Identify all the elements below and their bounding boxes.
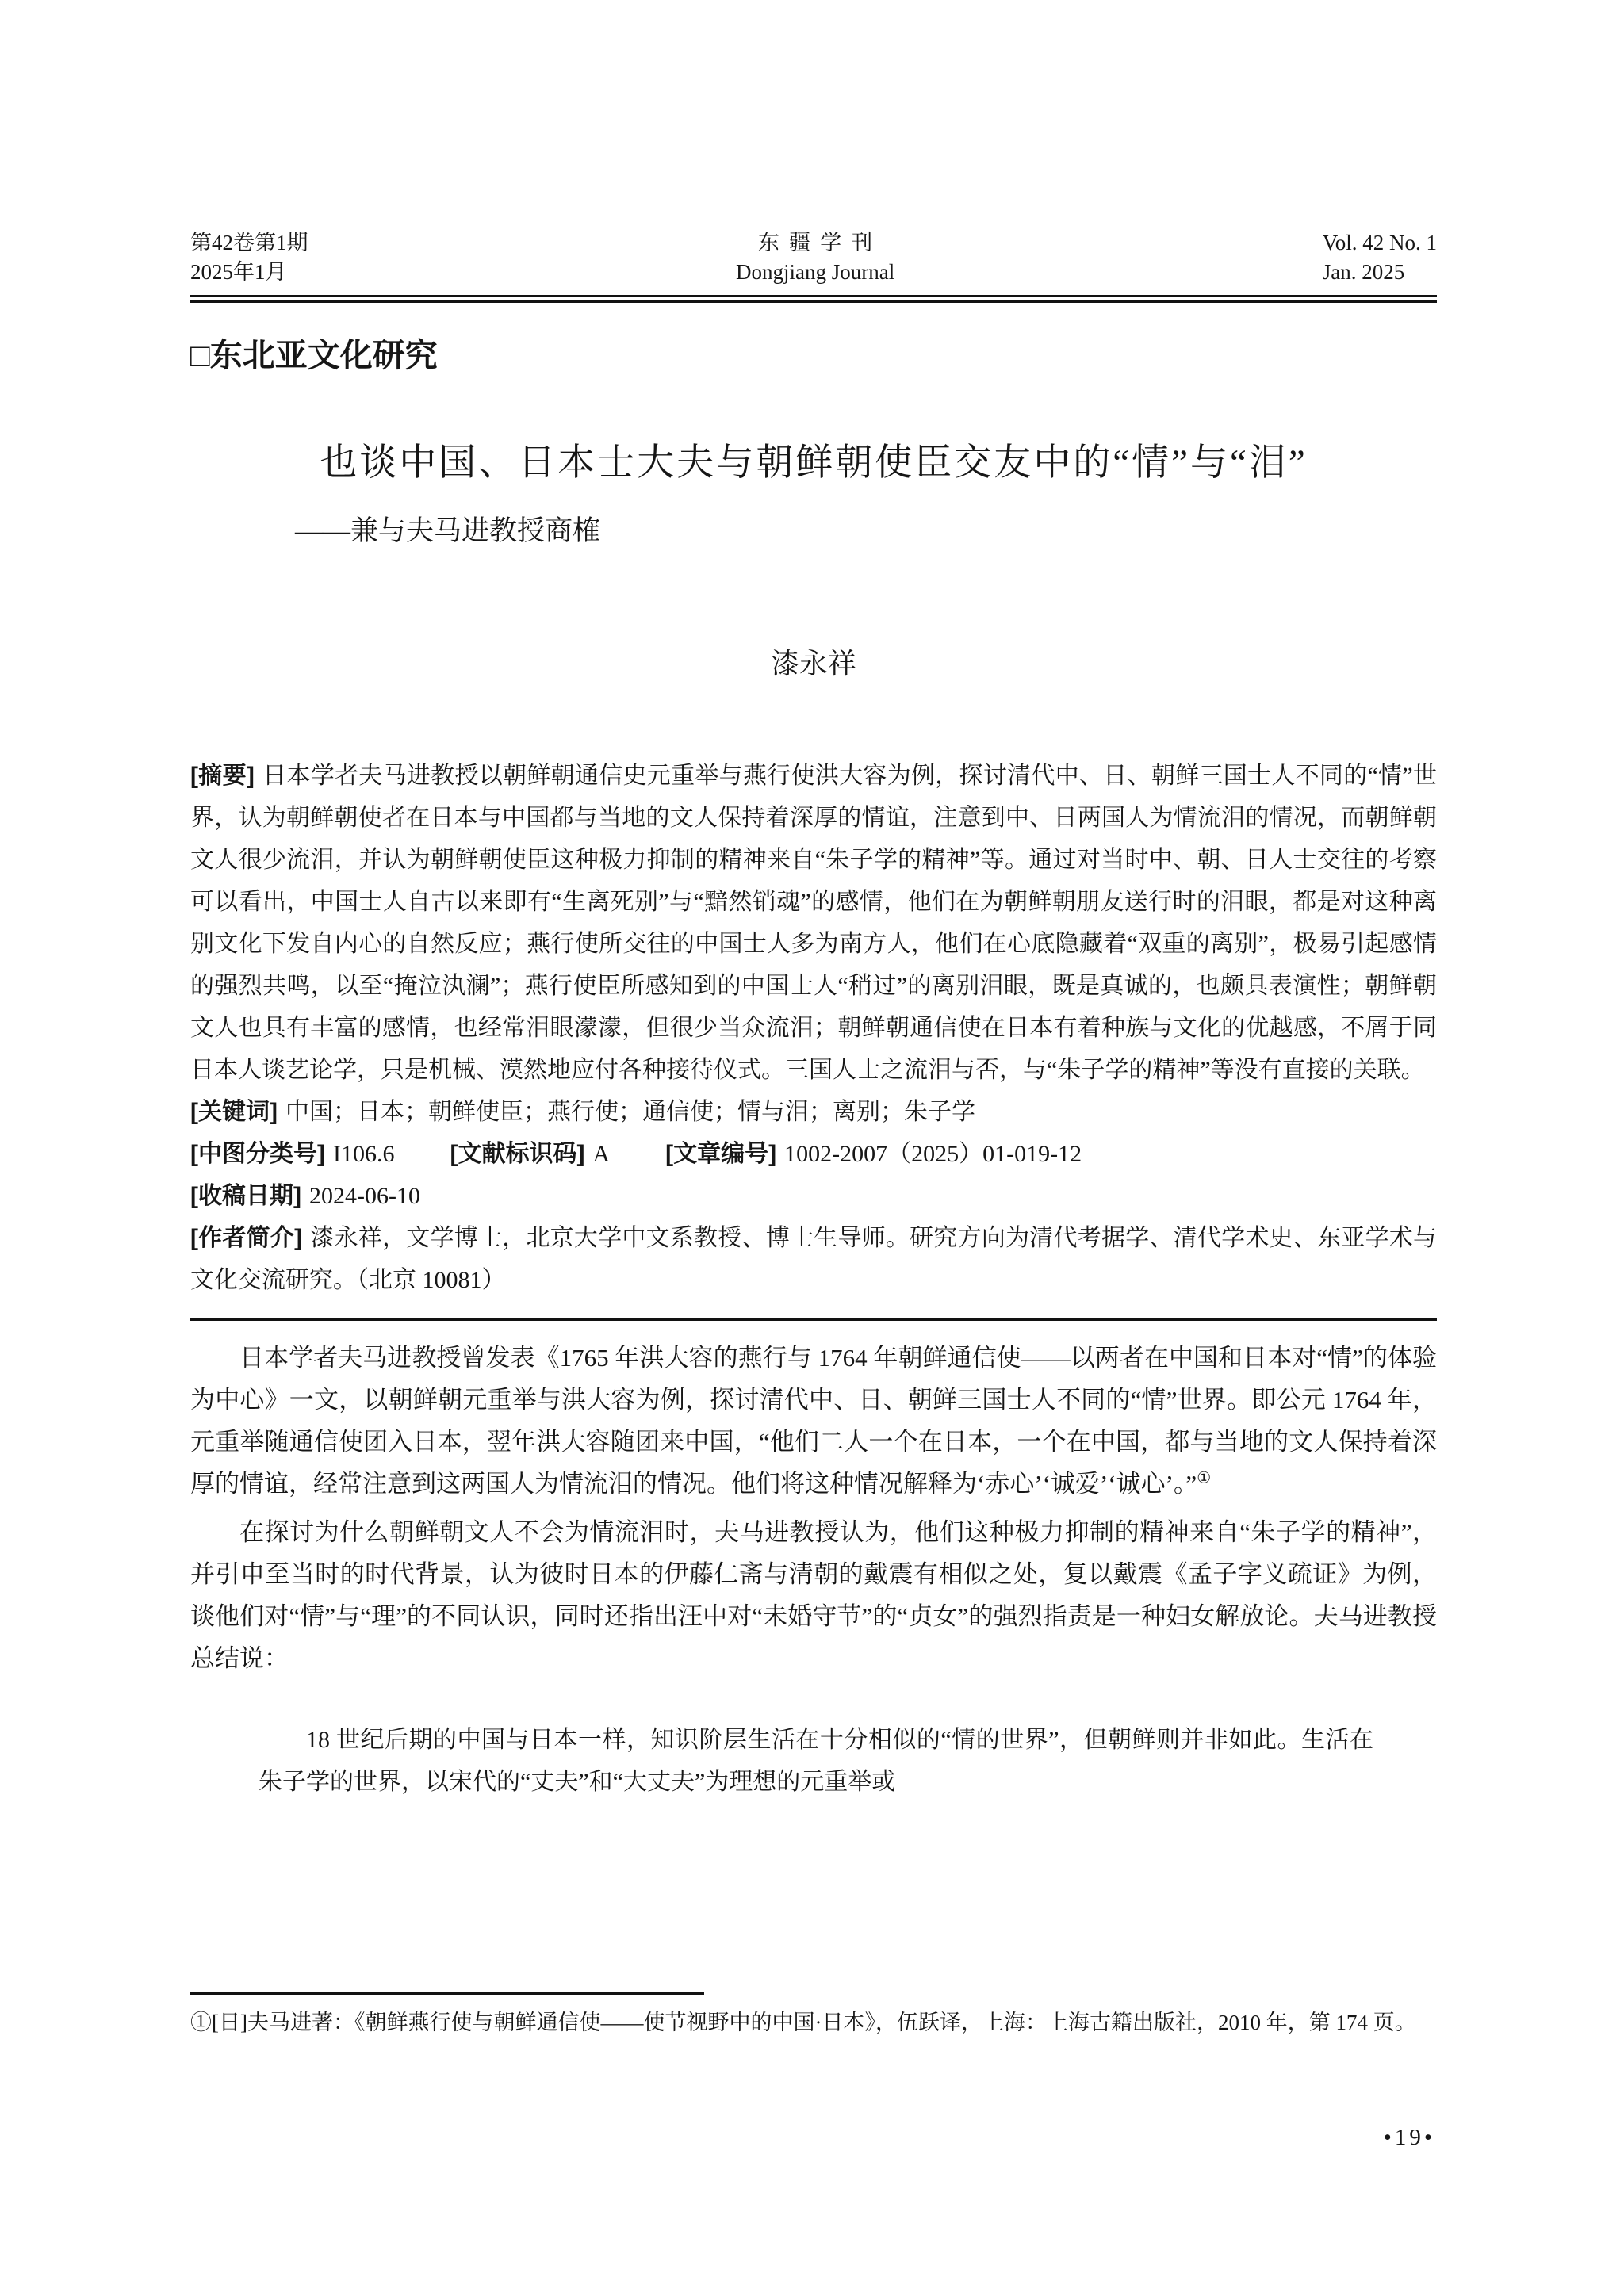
bio-label: [作者简介]	[190, 1225, 302, 1251]
issue-date-cn: 2025年1月	[190, 258, 308, 287]
keywords-label: [关键词]	[190, 1099, 278, 1125]
journal-page: 第42卷第1期 2025年1月 东疆学刊 Dongjiang Journal V…	[0, 0, 1624, 2296]
journal-title-cn: 东疆学刊	[736, 228, 894, 258]
article-id-value: 1002-2007（2025）01-019-12	[784, 1141, 1082, 1167]
journal-header: 第42卷第1期 2025年1月 东疆学刊 Dongjiang Journal V…	[190, 228, 1437, 287]
journal-title-en: Dongjiang Journal	[736, 258, 894, 287]
article-id-label: [文章编号]	[665, 1141, 776, 1167]
bio-text: 漆永祥，文学博士，北京大学中文系教授、博士生导师。研究方向为清代考据学、清代学术…	[190, 1225, 1437, 1293]
header-rule-bottom	[190, 300, 1437, 303]
block-quote: 18 世纪后期的中国与日本一样，知识阶层生活在十分相似的“情的世界”，但朝鲜则并…	[259, 1719, 1373, 1803]
article-id-pair: [文章编号]1002-2007（2025）01-019-12	[665, 1141, 1082, 1167]
keywords-text: 中国；日本；朝鲜使臣；燕行使；通信使；情与泪；离别；朱子学	[285, 1099, 975, 1125]
keywords-line: [关键词]中国；日本；朝鲜使臣；燕行使；通信使；情与泪；离别；朱子学	[190, 1091, 1437, 1133]
doc-code-value: A	[592, 1141, 610, 1167]
abstract-paragraph: [摘要]日本学者夫马进教授以朝鲜朝通信史元重举与燕行使洪大容为例，探讨清代中、日…	[190, 755, 1437, 1091]
body-paragraph-1: 日本学者夫马进教授曾发表《1765 年洪大容的燕行与 1764 年朝鲜通信使——…	[190, 1337, 1437, 1505]
received-line: [收稿日期]2024-06-10	[190, 1175, 1437, 1217]
clc-label: [中图分类号]	[190, 1141, 325, 1167]
meta-body-divider	[190, 1318, 1437, 1321]
received-label: [收稿日期]	[190, 1183, 301, 1209]
clc-value: I106.6	[333, 1141, 395, 1167]
header-issue-info: 第42卷第1期 2025年1月	[190, 228, 308, 287]
classification-line: [中图分类号]I106.6[文献标识码]A[文章编号]1002-2007（202…	[190, 1133, 1437, 1175]
body-paragraph-1-text: 日本学者夫马进教授曾发表《1765 年洪大容的燕行与 1764 年朝鲜通信使——…	[190, 1344, 1437, 1498]
journal-title-block: 东疆学刊 Dongjiang Journal	[736, 228, 894, 287]
article-author: 漆永祥	[190, 644, 1437, 683]
header-volume-en: Vol. 42 No. 1 Jan. 2025	[1323, 228, 1437, 287]
article-title: 也谈中国、日本士大夫与朝鲜朝使臣交友中的“情”与“泪”	[190, 438, 1437, 488]
header-rule	[190, 295, 1437, 303]
article-subtitle: ——兼与夫马进教授商榷	[190, 512, 1437, 550]
footnote-ref-1: ①	[1197, 1470, 1211, 1487]
abstract-label: [摘要]	[190, 763, 255, 789]
volume-issue: 第42卷第1期	[190, 228, 308, 258]
volume-issue-en: Vol. 42 No. 1	[1323, 228, 1437, 258]
article-meta: [摘要]日本学者夫马进教授以朝鲜朝通信史元重举与燕行使洪大容为例，探讨清代中、日…	[190, 755, 1437, 1301]
article-body: 日本学者夫马进教授曾发表《1765 年洪大容的燕行与 1764 年朝鲜通信使——…	[190, 1337, 1437, 1803]
section-label: □东北亚文化研究	[190, 333, 1437, 377]
page-content: 第42卷第1期 2025年1月 东疆学刊 Dongjiang Journal V…	[190, 228, 1437, 1803]
issue-date-en: Jan. 2025	[1323, 258, 1437, 287]
doc-code-pair: [文献标识码]A	[450, 1141, 610, 1167]
received-value: 2024-06-10	[309, 1183, 420, 1209]
author-bio-paragraph: [作者简介]漆永祥，文学博士，北京大学中文系教授、博士生导师。研究方向为清代考据…	[190, 1217, 1437, 1301]
body-paragraph-2: 在探讨为什么朝鲜朝文人不会为情流泪时，夫马进教授认为，他们这种极力抑制的精神来自…	[190, 1511, 1437, 1679]
abstract-text: 日本学者夫马进教授以朝鲜朝通信史元重举与燕行使洪大容为例，探讨清代中、日、朝鲜三…	[190, 763, 1437, 1083]
footnote-divider	[190, 1992, 704, 1995]
doc-code-label: [文献标识码]	[450, 1141, 584, 1167]
clc-pair: [中图分类号]I106.6	[190, 1141, 394, 1167]
page-number: •19•	[1384, 2125, 1435, 2151]
footnote: ①[日]夫马进著：《朝鲜燕行使与朝鲜通信使——使节视野中的中国·日本》，伍跃译，…	[190, 2006, 1437, 2039]
